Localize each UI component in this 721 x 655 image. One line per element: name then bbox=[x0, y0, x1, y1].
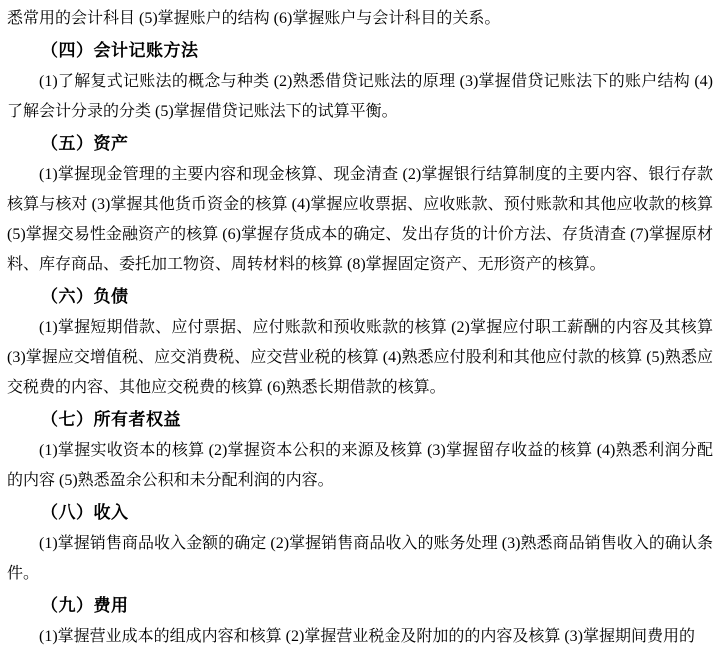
section-body-assets: (1)掌握现金管理的主要内容和现金核算、现金清查 (2)掌握银行结算制度的主要内… bbox=[7, 160, 713, 280]
section-heading-revenue: （八）收入 bbox=[7, 498, 713, 528]
section-body-expenses: (1)掌握营业成本的组成内容和核算 (2)掌握营业税金及附加的的内容及核算 (3… bbox=[7, 622, 713, 652]
section-heading-accounting-bookkeeping-methods: （四）会计记账方法 bbox=[7, 36, 713, 66]
document-page: 悉常用的会计科目 (5)掌握账户的结构 (6)掌握账户与会计科目的关系。 （四）… bbox=[0, 0, 721, 655]
section-body-owners-equity: (1)掌握实收资本的核算 (2)掌握资本公积的来源及核算 (3)掌握留存收益的核… bbox=[7, 436, 713, 496]
section-body-accounting-bookkeeping-methods: (1)了解复式记账法的概念与种类 (2)熟悉借贷记账法的原理 (3)掌握借贷记账… bbox=[7, 67, 713, 127]
section-heading-owners-equity: （七）所有者权益 bbox=[7, 405, 713, 435]
section-heading-liabilities: （六）负债 bbox=[7, 282, 713, 312]
section-body-liabilities: (1)掌握短期借款、应付票据、应付账款和预收账款的核算 (2)掌握应付职工薪酬的… bbox=[7, 313, 713, 403]
section-heading-assets: （五）资产 bbox=[7, 129, 713, 159]
section-body-revenue: (1)掌握销售商品收入金额的确定 (2)掌握销售商品收入的账务处理 (3)熟悉商… bbox=[7, 529, 713, 589]
section-heading-expenses: （九）费用 bbox=[7, 591, 713, 621]
continuation-paragraph: 悉常用的会计科目 (5)掌握账户的结构 (6)掌握账户与会计科目的关系。 bbox=[7, 4, 713, 34]
